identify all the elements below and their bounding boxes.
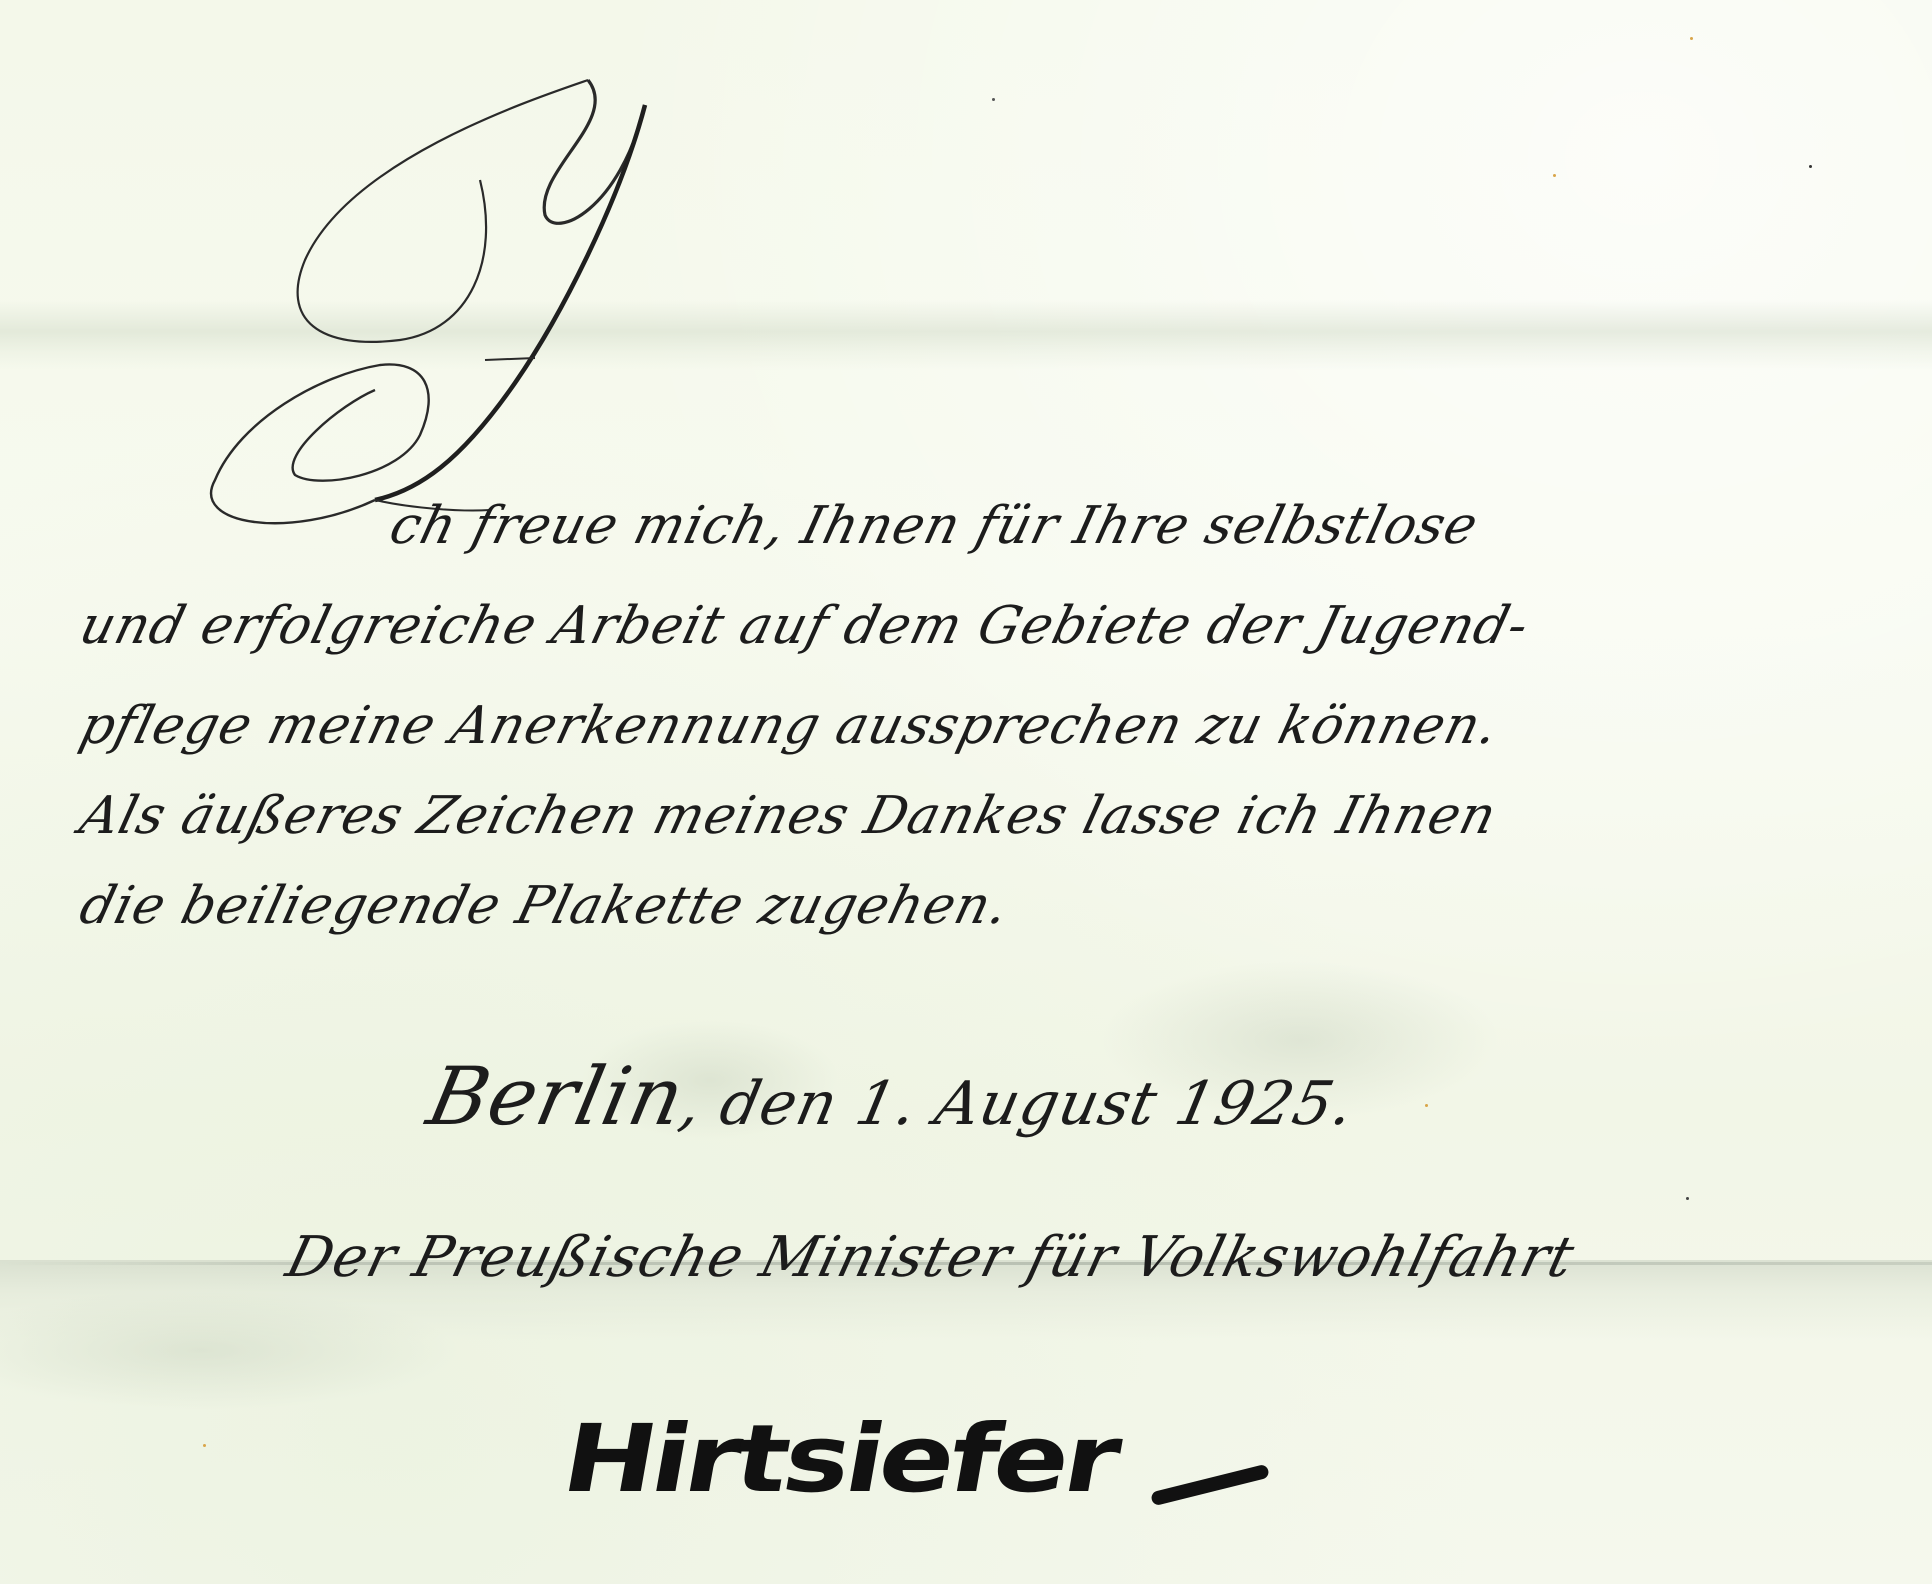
body-line-3: pflege meine Anerkennung aussprechen zu … xyxy=(75,700,1504,752)
paper-speck xyxy=(203,1444,206,1447)
signature-flourish xyxy=(1150,1464,1270,1507)
paper-speck xyxy=(992,98,995,101)
paper-speck xyxy=(1686,1197,1689,1200)
body-line-4: Als äußeres Zeichen meines Dankes lasse … xyxy=(75,790,1502,842)
letter-page: ch freue mich, Ihnen für Ihre selbstlose… xyxy=(0,0,1932,1584)
body-line-5: die beiliegende Plakette zugehen. xyxy=(75,880,1014,932)
paper-speck xyxy=(1690,37,1693,40)
sender-title: Der Preußische Minister für Volkswohlfah… xyxy=(280,1225,1581,1290)
dateline-date: , den 1. August 1925. xyxy=(674,1069,1361,1139)
paper-speck xyxy=(1809,165,1812,168)
body-line-1: ch freue mich, Ihnen für Ihre selbstlose xyxy=(385,500,1483,552)
paper-speck xyxy=(1425,1104,1428,1107)
body-line-2: und erfolgreiche Arbeit auf dem Gebiete … xyxy=(75,600,1534,652)
paper-fold-shadow xyxy=(0,1290,460,1410)
signature: Hirtsiefer xyxy=(555,1404,1125,1513)
paper-speck xyxy=(1553,174,1556,177)
dateline-place: Berlin xyxy=(420,1050,693,1143)
dateline: Berlin, den 1. August 1925. xyxy=(420,1050,1365,1143)
